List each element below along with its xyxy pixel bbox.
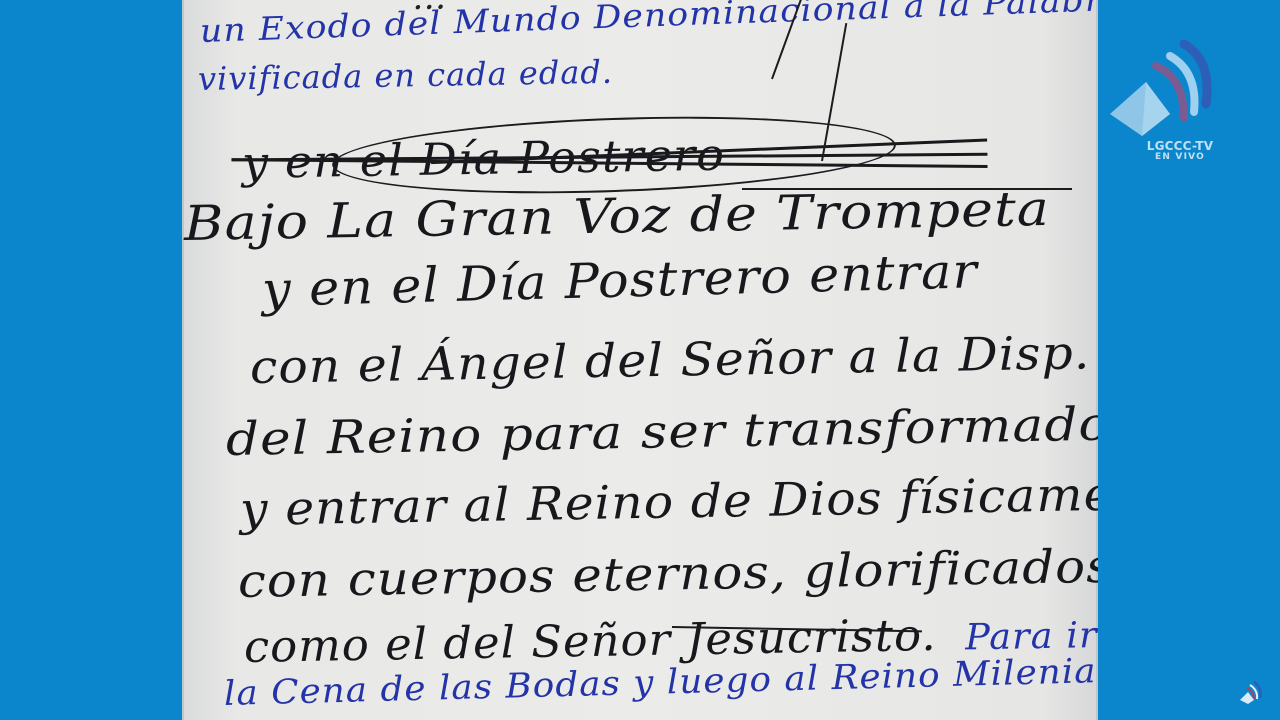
channel-name: LGCCC-TV — [1147, 139, 1213, 153]
handwritten-line-1: Bajo La Gran Voz de Trompeta — [184, 181, 1051, 252]
channel-logo: LGCCC-TV EN VIVO — [1108, 34, 1218, 168]
pyramid-with-signal-arcs-icon — [1108, 34, 1218, 138]
video-stream-frame: … un Exodo del Mundo Denominacional a la… — [0, 0, 1280, 720]
handwritten-line-5: y entrar al Reino de Dios físicamente — [240, 465, 1098, 536]
handwritten-line-4: del Reino para ser transformados — [226, 396, 1098, 466]
channel-logo-text: LGCCC-TV EN VIVO — [1142, 140, 1218, 162]
mini-channel-logo-icon — [1238, 678, 1266, 706]
handwritten-line-struck-through: y en el Día Postrero — [242, 130, 726, 189]
live-status-label: EN VIVO — [1142, 152, 1218, 162]
handwritten-line-3: con el Ángel del Señor a la Disp. — [250, 325, 1091, 394]
handwritten-line-blue-2: vivificada en cada edad. — [198, 53, 614, 98]
pen-stroke — [821, 23, 847, 161]
handwritten-line-2: y en el Día Postrero entrar — [261, 243, 978, 318]
handwritten-line-6: con cuerpos eternos, glorificados — [238, 539, 1098, 608]
handwritten-line-blue-1: un Exodo del Mundo Denominacional a la P… — [199, 0, 1098, 50]
handwritten-document-page: … un Exodo del Mundo Denominacional a la… — [182, 0, 1098, 720]
